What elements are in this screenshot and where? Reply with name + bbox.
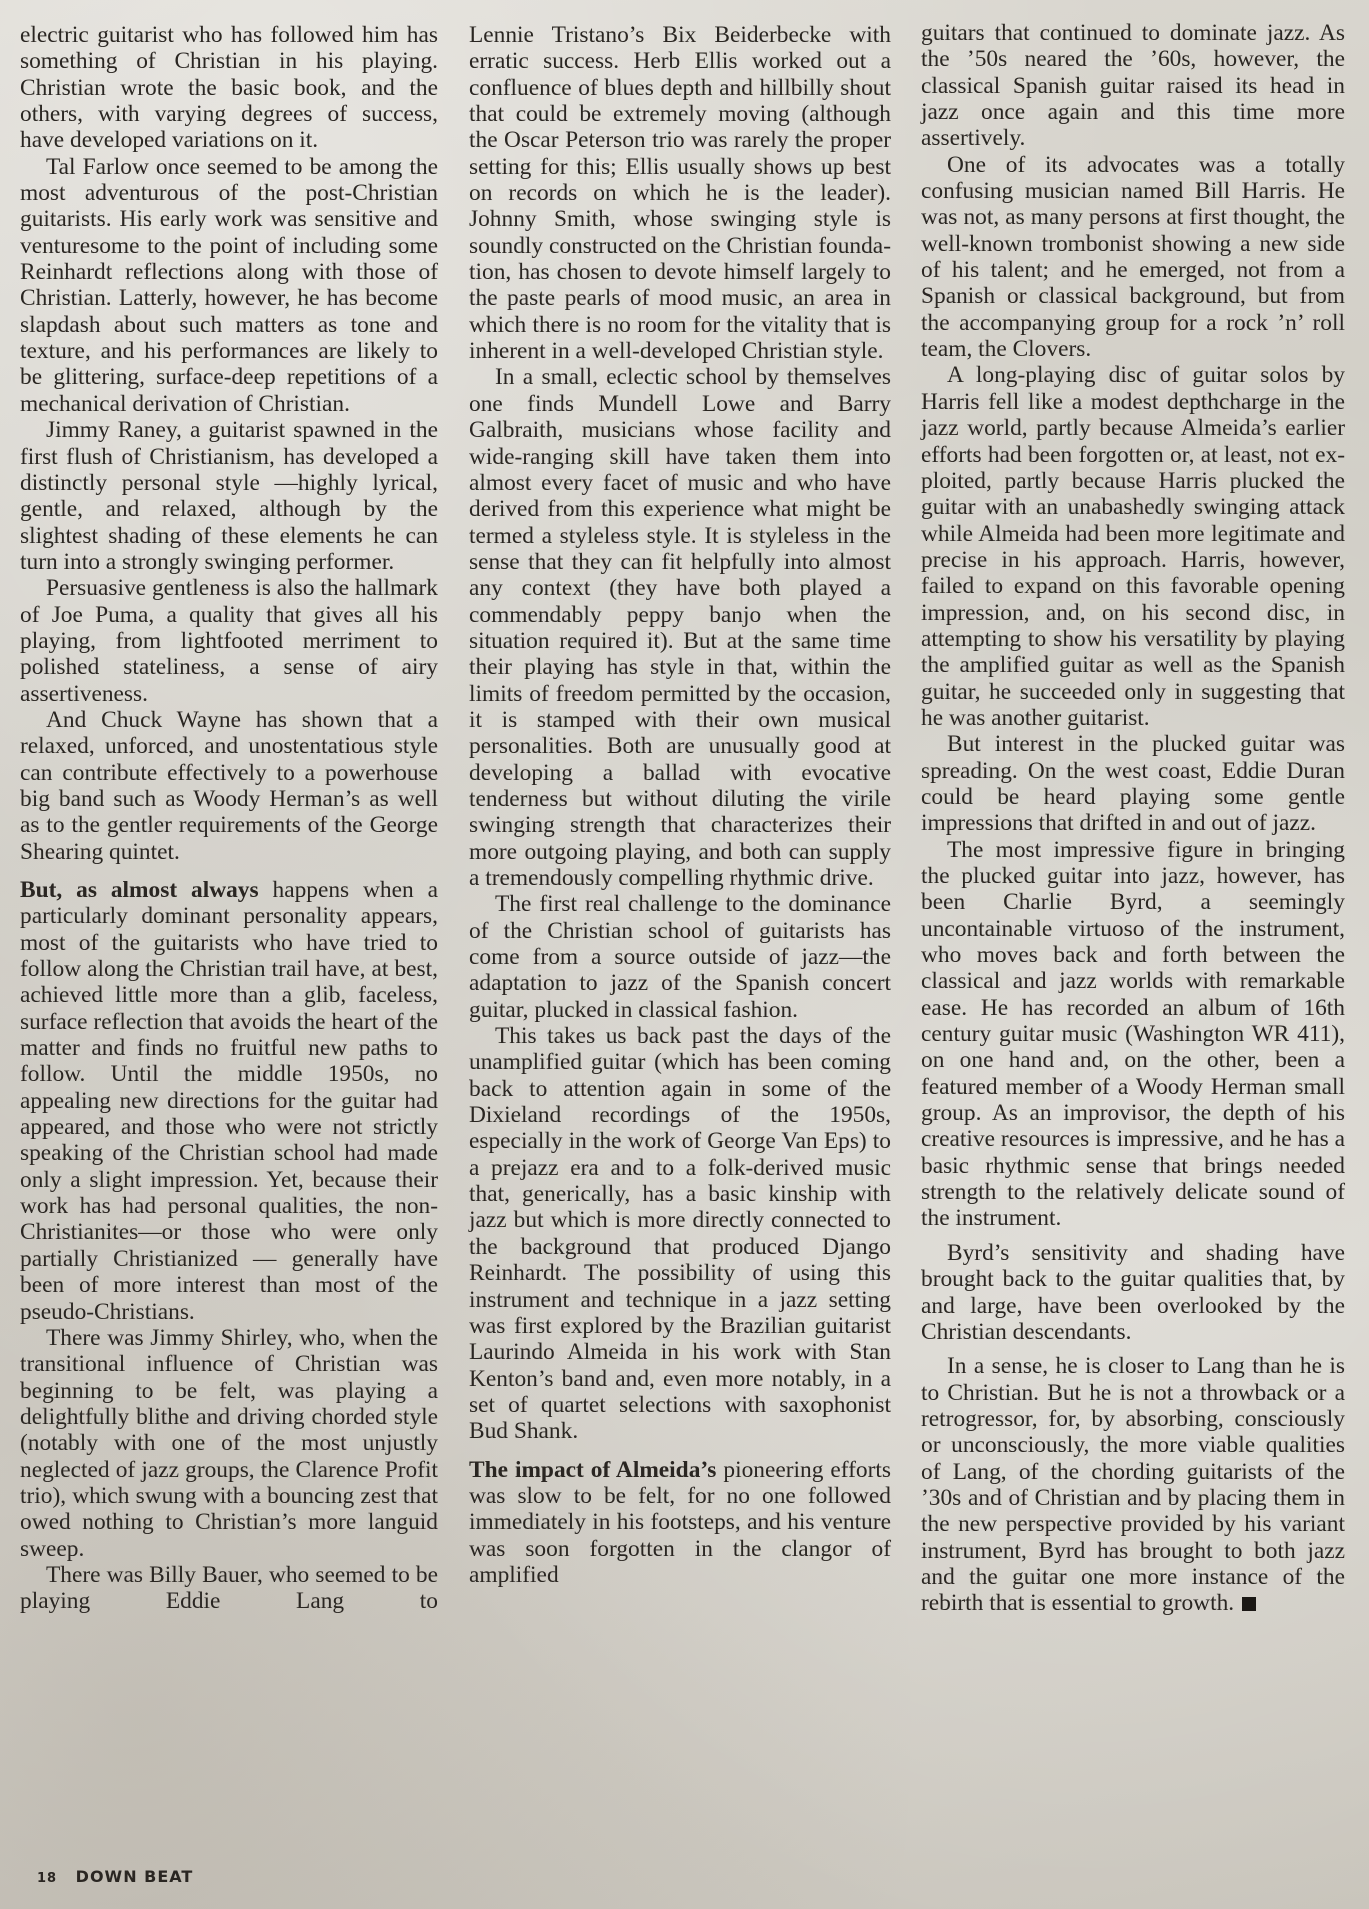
paragraph: There was Billy Bauer, who seemed to be … xyxy=(20,1562,438,1615)
paragraph: guitars that continued to dominate jazz.… xyxy=(921,20,1345,152)
section-paragraph: The impact of Almeida’s pioneer­ing effo… xyxy=(469,1457,891,1589)
end-of-article-square-icon xyxy=(1242,1597,1256,1611)
paragraph: The most impressive figure in bringing t… xyxy=(921,837,1345,1232)
magazine-page: electric guitarist who has followed him … xyxy=(0,0,1369,1909)
paragraph: And Chuck Wayne has shown that a relaxed… xyxy=(20,707,438,865)
section-paragraph: But, as almost always happens when a par… xyxy=(20,877,438,1325)
paragraph: Tal Farlow once seemed to be among the m… xyxy=(20,154,438,417)
page-number: 18 xyxy=(37,1871,57,1886)
paragraph: Lennie Tristano’s Bix Beiderbecke with e… xyxy=(469,22,891,364)
section-lead-in: But, as almost always xyxy=(20,877,259,903)
section-text: happens when a particularly dominant per… xyxy=(20,877,438,1325)
paragraph: electric guitarist who has followed him … xyxy=(20,22,438,154)
final-paragraph-text: In a sense, he is closer to Lang than he… xyxy=(921,1353,1345,1616)
paragraph: The first real challenge to the dominanc… xyxy=(469,891,891,1023)
paragraph: This takes us back past the days of the … xyxy=(469,1023,891,1445)
section-lead-in: The impact of Almeida’s xyxy=(469,1457,716,1483)
paragraph: In a sense, he is closer to Lang than he… xyxy=(921,1353,1345,1616)
paragraph: Byrd’s sensitivity and shading have brou… xyxy=(921,1240,1345,1345)
paragraph: There was Jimmy Shirley, who, when the t… xyxy=(20,1325,438,1562)
paragraph: Jimmy Raney, a guitarist spawned in the … xyxy=(20,417,438,575)
publication-name: DOWN BEAT xyxy=(76,1867,194,1886)
paragraph: One of its advocates was a totally confu… xyxy=(921,152,1345,363)
page-footer: 18 DOWN BEAT xyxy=(37,1867,193,1886)
column-3: guitars that continued to dominate jazz.… xyxy=(921,20,1345,1617)
paragraph: A long-playing disc of guitar solos by H… xyxy=(921,362,1345,731)
column-1: electric guitarist who has followed him … xyxy=(20,22,438,1615)
paragraph: But interest in the plucked guitar was s… xyxy=(921,731,1345,836)
column-2: Lennie Tristano’s Bix Beiderbecke with e… xyxy=(469,22,891,1588)
paragraph: Persuasive gentleness is also the hallma… xyxy=(20,575,438,707)
paragraph: In a small, eclectic school by them­selv… xyxy=(469,364,891,891)
